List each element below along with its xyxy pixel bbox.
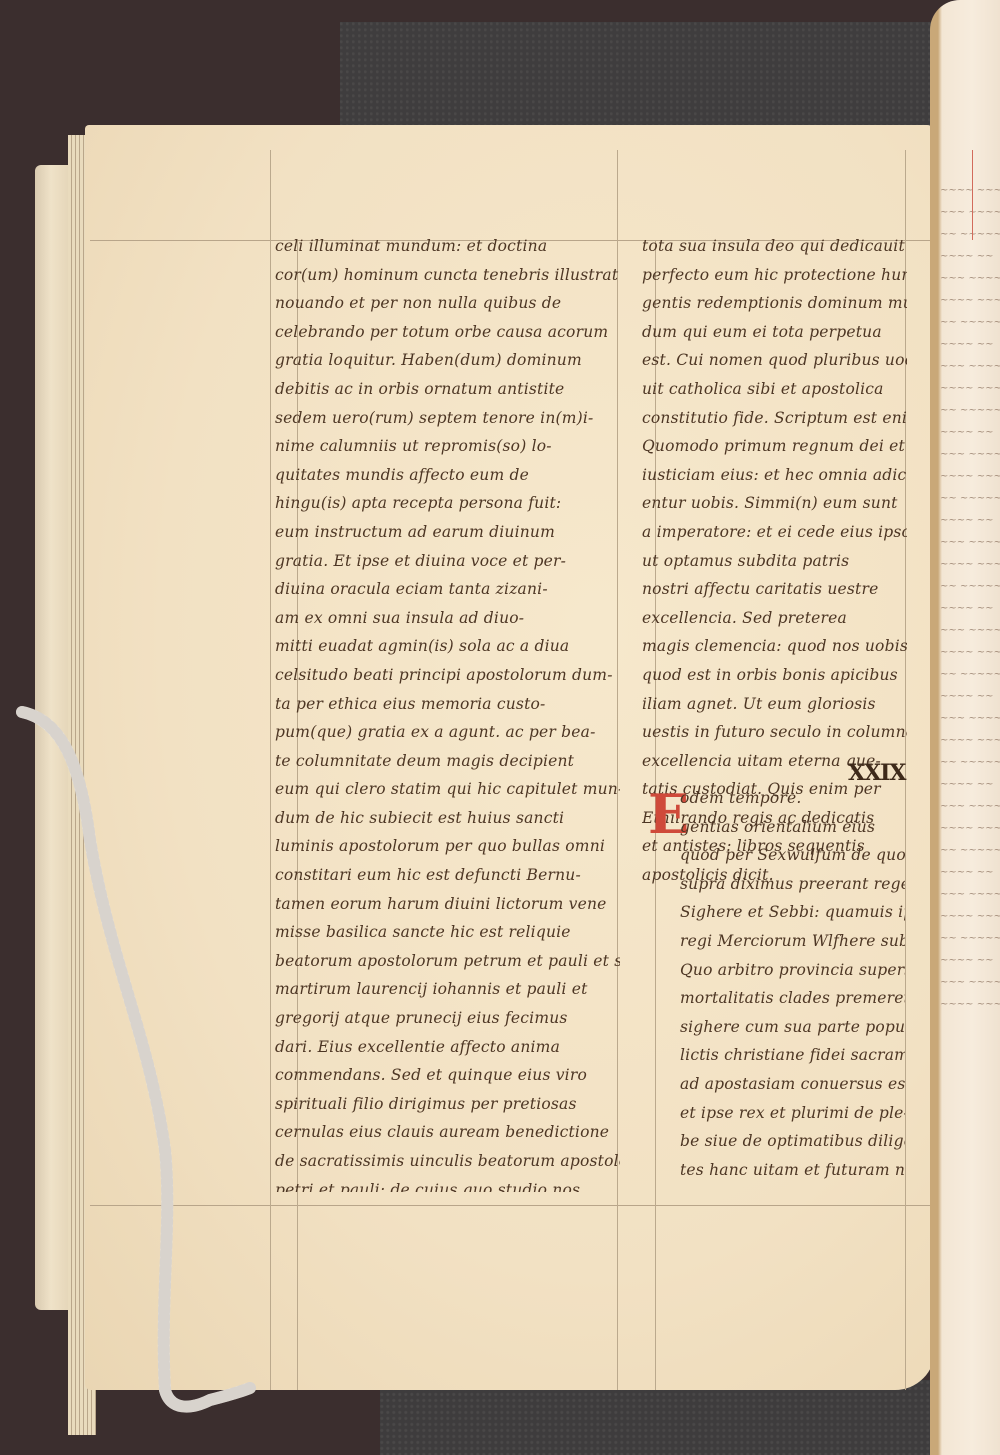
manuscript-line: ut optamus subdita patris	[642, 547, 907, 576]
manuscript-line: odem tempore.	[680, 784, 905, 813]
facing-page-text: ~~~~ ~~~~~~ ~~~~~~ ~~~~~~~~~ ~~~~~ ~~~~~…	[940, 180, 995, 1016]
manuscript-line: quod est in orbis bonis apicibus	[642, 661, 907, 690]
manuscript-line: est. Cui nomen quod pluribus uoca-	[642, 346, 907, 375]
manuscript-line: Quo arbitro provincia superste	[680, 956, 905, 985]
manuscript-line: be siue de optimatibus diligen-	[680, 1127, 905, 1156]
facing-page-recto: ~~~~ ~~~~~~ ~~~~~~ ~~~~~~~~~ ~~~~~ ~~~~~…	[930, 0, 1000, 1455]
manuscript-line: gentias orientalium eius	[680, 813, 905, 842]
manuscript-line: mortalitatis clades premeret:	[680, 984, 905, 1013]
manuscript-line: a imperatore: et ei cede eius ipso	[642, 518, 907, 547]
manuscript-line: Sighere et Sebbi: quamuis ipsi	[680, 898, 905, 927]
text-column-right-chapter: odem tempore.gentias orientalium eiusquo…	[680, 784, 905, 1184]
foam-support-top	[340, 22, 1000, 132]
manuscript-line: iusticiam eius: et hec omnia adici-	[642, 461, 907, 490]
manuscript-line: iliam agnet. Ut eum gloriosis	[642, 690, 907, 719]
manuscript-line: magis clemencia: quod nos uobis	[642, 632, 907, 661]
manuscript-line: entur uobis. Simmi(n) eum sunt	[642, 489, 907, 518]
facing-page-red-rule	[972, 150, 973, 240]
manuscript-line: lictis christiane fidei sacramentis	[680, 1041, 905, 1070]
manuscript-line: quod per Sexwulfum de quo	[680, 841, 905, 870]
manuscript-line: supra diximus preerant reges	[680, 870, 905, 899]
manuscript-line: uestis in futuro seculo in columne	[642, 718, 907, 747]
manuscript-line: ad apostasiam conuersus est. Nam	[680, 1070, 905, 1099]
manuscript-line: gentis redemptionis dominum mun-	[642, 289, 907, 318]
manuscript-line: Quomodo primum regnum dei et	[642, 432, 907, 461]
manuscript-line: regi Merciorum Wlfhere subiecti.	[680, 927, 905, 956]
manuscript-line: perfecto eum hic protectione humani	[642, 261, 907, 290]
manuscript-line: sighere cum sua parte populi re-	[680, 1013, 905, 1042]
manuscript-line: constitutio fide. Scriptum est enim	[642, 404, 907, 433]
manuscript-line: et ipse rex et plurimi de ple-	[680, 1099, 905, 1128]
manuscript-line: nostri affectu caritatis uestre	[642, 575, 907, 604]
foam-support-bottom	[380, 1380, 1000, 1455]
bookmark-cord	[0, 0, 400, 1455]
manuscript-line: excellencia. Sed preterea	[642, 604, 907, 633]
manuscript-line: tes hanc uitam et futuram non	[680, 1156, 905, 1184]
chapter-number: XXIX	[848, 760, 906, 786]
manuscript-line: tota sua insula deo qui dedicauit	[642, 232, 907, 261]
manuscript-line: dum qui eum ei tota perpetua	[642, 318, 907, 347]
manuscript-line: uit catholica sibi et apostolica	[642, 375, 907, 404]
